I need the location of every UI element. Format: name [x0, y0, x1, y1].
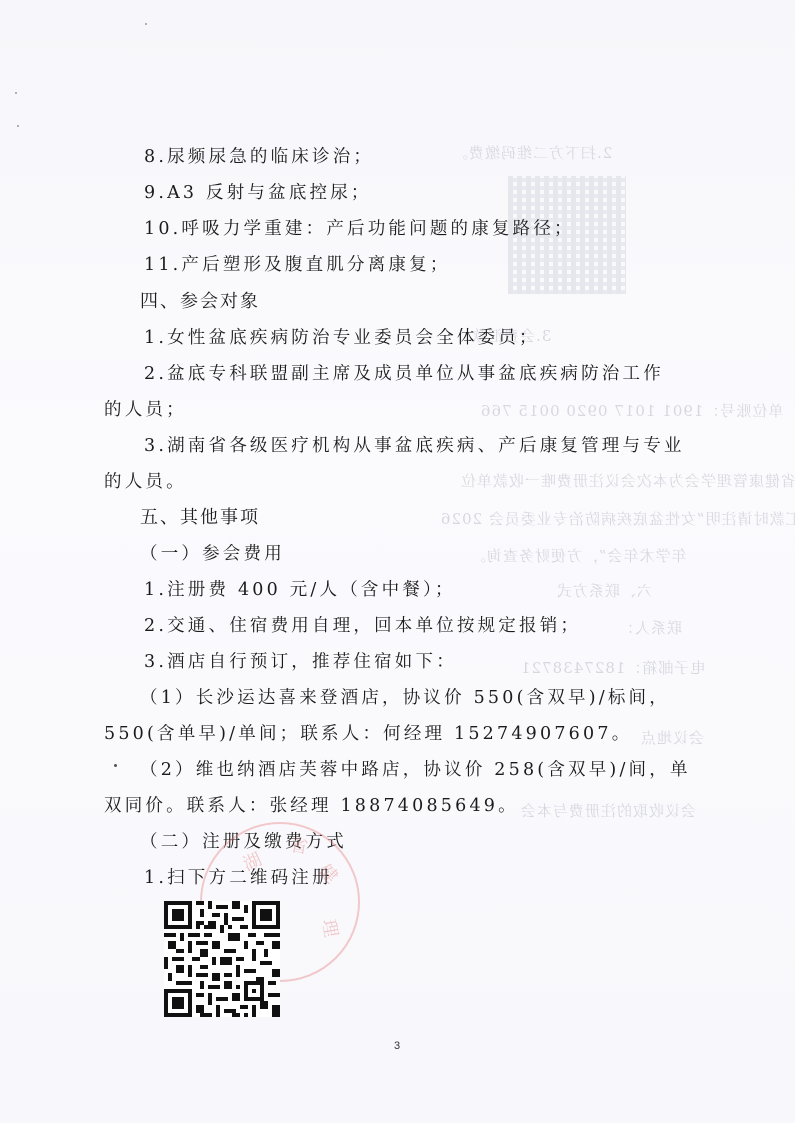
bleed-through-text: 会议收取的注册费与本会 — [520, 800, 696, 821]
topic-item-8: 8.尿频尿急的临床诊治； — [144, 145, 374, 169]
topic-item-11: 11.产后塑形及腹直肌分离康复； — [144, 253, 451, 277]
scan-speck — [114, 764, 117, 767]
scan-speck — [17, 125, 19, 127]
bleed-through-text: 单位账号：1901 1017 0920 0015 766 — [480, 400, 783, 421]
bleed-through-text: 湖南省健康管理学会为本次会议注册费唯一收款单位 — [460, 470, 795, 491]
hotel-item-2: （2）维也纳酒店芙蓉中路店，协议价 258(含双早)/间，单 — [140, 758, 691, 782]
bleed-through-text: 会议地点 — [640, 727, 704, 748]
section-heading-other: 五、其他事项 — [140, 506, 260, 530]
subsection-heading-fees: （一）参会费用 — [140, 542, 285, 566]
attendee-item-2: 2.盆底专科联盟副主席及成员单位从事盆底疾病防治工作 — [144, 362, 664, 386]
bleed-through-text: 六、联系方式 — [556, 580, 652, 601]
section-heading-attendees: 四、参会对象 — [140, 290, 260, 314]
scan-speck — [145, 23, 147, 25]
fee-item-3: 3.酒店自行预订，推荐住宿如下： — [144, 650, 457, 674]
topic-item-9: 9.A3 反射与盆底控尿； — [144, 181, 372, 205]
hotel-item-2-cont: 双同价。联系人：张经理 18874085649。 — [104, 794, 519, 818]
registration-qr-code[interactable] — [164, 901, 280, 1017]
qr-code-icon — [164, 901, 280, 1017]
document-page: 2.扫下方二维码缴费。 3.会费汇款： 单位账号：1901 1017 0920 … — [0, 0, 795, 1123]
attendee-item-2-cont: 的人员； — [104, 398, 187, 422]
attendee-item-1: 1.女性盆底疾病防治专业委员会全体委员； — [144, 326, 540, 350]
hotel-item-1: （1）长沙运达喜来登酒店，协议价 550(含双早)/标间， — [140, 686, 670, 710]
attendee-item-3-cont: 的人员。 — [104, 470, 187, 494]
bleed-through-text: 年学术年会”，方便财务查询。 — [470, 545, 687, 566]
bleed-through-text: 电子邮箱：1827438721 — [520, 657, 705, 678]
bleed-through-text: 联系人： — [618, 617, 682, 638]
attendee-item-3: 3.湖南省各级医疗机构从事盆底疾病、产后康复管理与专业 — [144, 434, 685, 458]
topic-item-10: 10.呼吸力学重建：产后功能问题的康复路径； — [144, 217, 575, 241]
scan-speck — [15, 92, 17, 94]
fee-item-1: 1.注册费 400 元/人（含中餐）； — [144, 578, 456, 602]
fee-item-2: 2.交通、住宿费用自理，回本单位按规定报销； — [144, 614, 581, 638]
page-number: 3 — [394, 1040, 400, 1052]
bleed-through-text: 2.扫下方二维码缴费。 — [452, 142, 612, 163]
hotel-item-1-cont: 550(含单早)/单间；联系人：何经理 15274907607。 — [104, 722, 632, 746]
bleed-through-text: 开具发票，汇款时请注明“女性盆底疾病防治专业委员会 2026 — [440, 508, 795, 529]
